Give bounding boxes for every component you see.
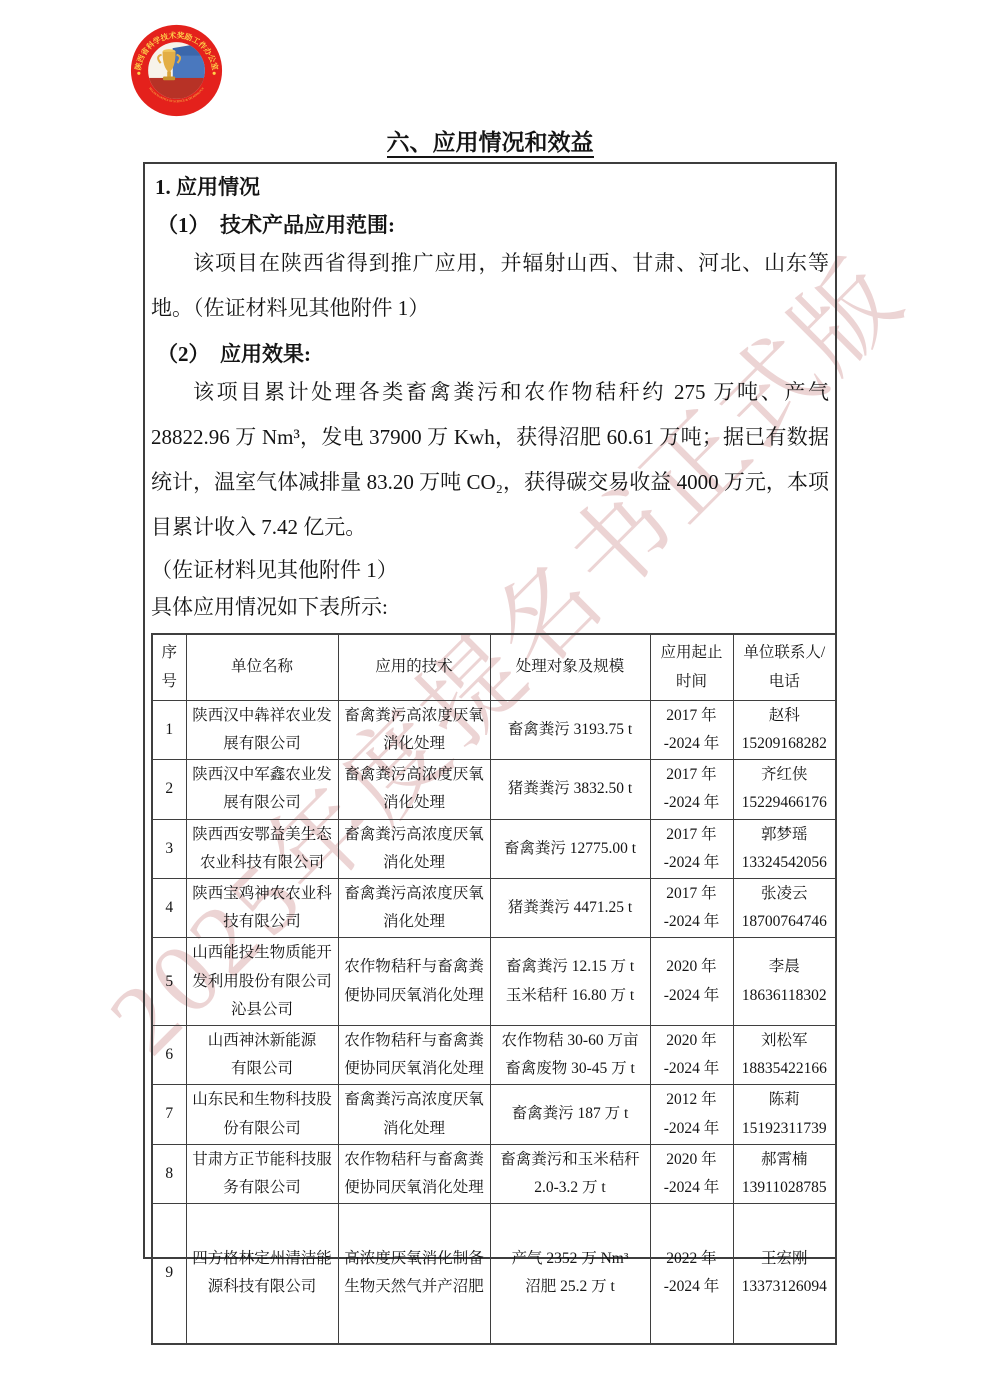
col-header-period: 应用起止 时间 bbox=[650, 634, 733, 700]
cell-period: 2020 年 -2024 年 bbox=[650, 1025, 733, 1084]
cell-org: 陕西汉中军鑫农业发 展有限公司 bbox=[186, 760, 338, 819]
col-header-contact: 单位联系人/ 电话 bbox=[733, 634, 836, 700]
application-table: 序 号 单位名称 应用的技术 处理对象及规模 应用起止 时间 单位联系人/ 电话… bbox=[151, 633, 837, 1344]
cell-scale: 畜禽粪污 12775.00 t bbox=[490, 819, 650, 878]
cell-tech: 畜禽粪污高浓度厌氧 消化处理 bbox=[338, 700, 490, 759]
paragraph-effect-note: （佐证材料见其他附件 1） bbox=[151, 554, 829, 587]
cell-scale: 猪粪粪污 4471.25 t bbox=[490, 878, 650, 937]
table-row: 8 甘肃方正节能科技服 务有限公司 农作物秸秆与畜禽粪 便协同厌氧消化处理 畜禽… bbox=[152, 1144, 836, 1203]
cell-org: 陕西宝鸡神农农业科 技有限公司 bbox=[186, 878, 338, 937]
cell-tech: 畜禽粪污高浓度厌氧 消化处理 bbox=[338, 878, 490, 937]
paragraph-effect: 该项目累计处理各类畜禽粪污和农作物秸秆约 275 万吨、产气 28822.96 … bbox=[151, 370, 829, 551]
cell-tech: 农作物秸秆与畜禽粪 便协同厌氧消化处理 bbox=[338, 938, 490, 1026]
page-title: 六、应用情况和效益 bbox=[143, 124, 837, 157]
seal-graphic: 陕西省科学技术奖励工作办公室 SHAANXI OFFICE OF SCIENCE… bbox=[130, 24, 223, 117]
heading-effect: （2） 应用效果: bbox=[157, 339, 829, 369]
table-row: 9 四方格林定州清洁能 源科技有限公司 高浓度厌氧消化制备 生物天然气并产沼肥 … bbox=[152, 1204, 836, 1344]
cell-period: 2017 年 -2024 年 bbox=[650, 819, 733, 878]
cell-no: 4 bbox=[152, 878, 186, 937]
heading-application-status: 1. 应用情况 bbox=[155, 172, 829, 202]
cell-contact: 齐红侠 15229466176 bbox=[733, 760, 836, 819]
cell-no: 3 bbox=[152, 819, 186, 878]
content-box: 1. 应用情况 （1） 技术产品应用范围: 该项目在陕西省得到推广应用，并辐射山… bbox=[143, 162, 837, 1259]
cell-tech: 高浓度厌氧消化制备 生物天然气并产沼肥 bbox=[338, 1204, 490, 1344]
cell-no: 9 bbox=[152, 1204, 186, 1344]
cell-contact: 刘松军 18835422166 bbox=[733, 1025, 836, 1084]
cell-org: 山东民和生物科技股 份有限公司 bbox=[186, 1085, 338, 1144]
cell-org: 山西神沐新能源 有限公司 bbox=[186, 1025, 338, 1084]
cell-tech: 农作物秸秆与畜禽粪 便协同厌氧消化处理 bbox=[338, 1144, 490, 1203]
table-row: 2 陕西汉中军鑫农业发 展有限公司 畜禽粪污高浓度厌氧 消化处理 猪粪粪污 38… bbox=[152, 760, 836, 819]
paragraph-scope: 该项目在陕西省得到推广应用，并辐射山西、甘肃、河北、山东等地。（佐证材料见其他附… bbox=[151, 241, 829, 331]
cell-scale: 猪粪粪污 3832.50 t bbox=[490, 760, 650, 819]
org-seal-logo: 陕西省科学技术奖励工作办公室 SHAANXI OFFICE OF SCIENCE… bbox=[130, 24, 223, 122]
cell-no: 7 bbox=[152, 1085, 186, 1144]
cell-no: 2 bbox=[152, 760, 186, 819]
table-row: 4 陕西宝鸡神农农业科 技有限公司 畜禽粪污高浓度厌氧 消化处理 猪粪粪污 44… bbox=[152, 878, 836, 937]
cell-scale: 畜禽粪污和玉米秸秆 2.0-3.2 万 t bbox=[490, 1144, 650, 1203]
cell-no: 8 bbox=[152, 1144, 186, 1203]
cell-no: 5 bbox=[152, 938, 186, 1026]
cell-contact: 郝霄楠 13911028785 bbox=[733, 1144, 836, 1203]
table-row: 1 陕西汉中犇祥农业发 展有限公司 畜禽粪污高浓度厌氧 消化处理 畜禽粪污 31… bbox=[152, 700, 836, 759]
cell-scale: 畜禽粪污 3193.75 t bbox=[490, 700, 650, 759]
cell-org: 山西能投生物质能开 发利用股份有限公司 沁县公司 bbox=[186, 938, 338, 1026]
cell-org: 陕西西安鄂益美生态 农业科技有限公司 bbox=[186, 819, 338, 878]
table-header-row: 序 号 单位名称 应用的技术 处理对象及规模 应用起止 时间 单位联系人/ 电话 bbox=[152, 634, 836, 700]
table-intro: 具体应用情况如下表所示: bbox=[151, 591, 829, 624]
cell-period: 2022 年 -2024 年 bbox=[650, 1204, 733, 1344]
heading-scope: （1） 技术产品应用范围: bbox=[157, 210, 829, 240]
table-row: 6 山西神沐新能源 有限公司 农作物秸秆与畜禽粪 便协同厌氧消化处理 农作物秸 … bbox=[152, 1025, 836, 1084]
col-header-org: 单位名称 bbox=[186, 634, 338, 700]
cell-contact: 王宏刚 13373126094 bbox=[733, 1204, 836, 1344]
cell-org: 陕西汉中犇祥农业发 展有限公司 bbox=[186, 700, 338, 759]
cell-org: 甘肃方正节能科技服 务有限公司 bbox=[186, 1144, 338, 1203]
cell-scale: 农作物秸 30-60 万亩 畜禽废物 30-45 万 t bbox=[490, 1025, 650, 1084]
cell-no: 1 bbox=[152, 700, 186, 759]
cell-contact: 李晨 18636118302 bbox=[733, 938, 836, 1026]
cell-tech: 畜禽粪污高浓度厌氧 消化处理 bbox=[338, 819, 490, 878]
cell-period: 2012 年 -2024 年 bbox=[650, 1085, 733, 1144]
cell-period: 2017 年 -2024 年 bbox=[650, 700, 733, 759]
col-header-scale: 处理对象及规模 bbox=[490, 634, 650, 700]
cell-period: 2020 年 -2024 年 bbox=[650, 938, 733, 1026]
col-header-tech: 应用的技术 bbox=[338, 634, 490, 700]
cell-scale: 畜禽粪污 187 万 t bbox=[490, 1085, 650, 1144]
cell-period: 2020 年 -2024 年 bbox=[650, 1144, 733, 1203]
cell-tech: 农作物秸秆与畜禽粪 便协同厌氧消化处理 bbox=[338, 1025, 490, 1084]
table-row: 5 山西能投生物质能开 发利用股份有限公司 沁县公司 农作物秸秆与畜禽粪 便协同… bbox=[152, 938, 836, 1026]
document-page: 2025年度提名书正式版 bbox=[0, 0, 990, 1399]
cell-period: 2017 年 -2024 年 bbox=[650, 760, 733, 819]
table-row: 3 陕西西安鄂益美生态 农业科技有限公司 畜禽粪污高浓度厌氧 消化处理 畜禽粪污… bbox=[152, 819, 836, 878]
cell-contact: 陈莉 15192311739 bbox=[733, 1085, 836, 1144]
cell-org: 四方格林定州清洁能 源科技有限公司 bbox=[186, 1204, 338, 1344]
cell-tech: 畜禽粪污高浓度厌氧 消化处理 bbox=[338, 1085, 490, 1144]
table-row: 7 山东民和生物科技股 份有限公司 畜禽粪污高浓度厌氧 消化处理 畜禽粪污 18… bbox=[152, 1085, 836, 1144]
cell-scale: 畜禽粪污 12.15 万 t 玉米秸秆 16.80 万 t bbox=[490, 938, 650, 1026]
col-header-no: 序 号 bbox=[152, 634, 186, 700]
cell-period: 2017 年 -2024 年 bbox=[650, 878, 733, 937]
cell-tech: 畜禽粪污高浓度厌氧 消化处理 bbox=[338, 760, 490, 819]
cell-contact: 赵科 15209168282 bbox=[733, 700, 836, 759]
table-body: 1 陕西汉中犇祥农业发 展有限公司 畜禽粪污高浓度厌氧 消化处理 畜禽粪污 31… bbox=[152, 700, 836, 1343]
cell-scale: 产气 2352 万 Nm³ 沼肥 25.2 万 t bbox=[490, 1204, 650, 1344]
cell-contact: 张凌云 18700764746 bbox=[733, 878, 836, 937]
cell-contact: 郭梦瑶 13324542056 bbox=[733, 819, 836, 878]
cell-no: 6 bbox=[152, 1025, 186, 1084]
